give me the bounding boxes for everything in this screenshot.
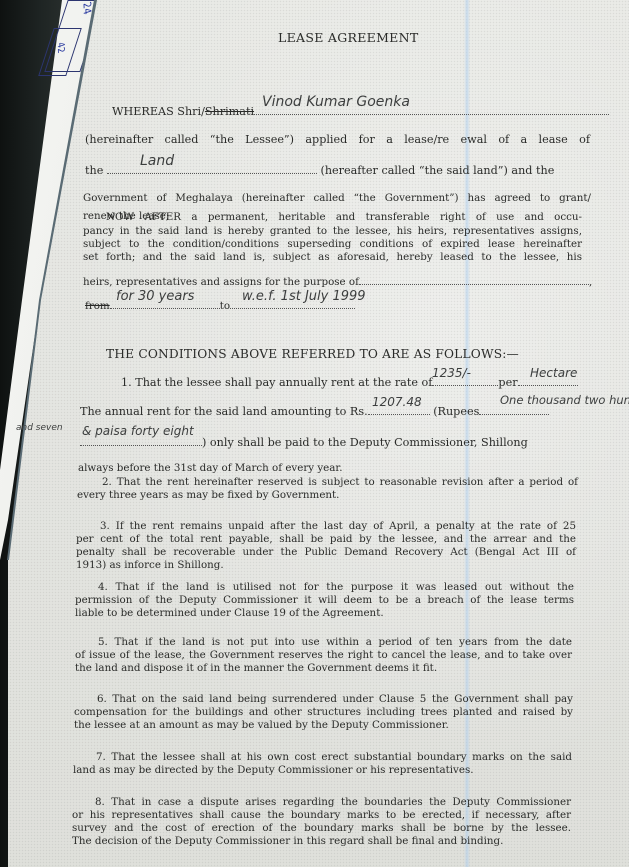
now-after-line-3: subject to the condition/conditions supe… xyxy=(83,239,582,249)
clause-4-line-3: liable to be determined under Clause 19 … xyxy=(75,608,384,618)
clause-2-line-2: every three years as may be fixed by Gov… xyxy=(77,490,339,500)
preamble-line-2: (hereinafter called “the Lessee”) applie… xyxy=(85,134,590,145)
preamble-line-4: Government of Meghalaya (hereinafter cal… xyxy=(83,193,591,203)
clause-5-line-1: 5. That if the land is not put into use … xyxy=(98,637,572,647)
struck-option: Shrimati xyxy=(205,105,254,118)
amount-prefix: The annual rent for the said land amount… xyxy=(80,405,368,418)
start-date-handwritten: w.e.f. 1st July 1999 xyxy=(242,290,366,303)
clause-1-prefix: 1. That the lessee shall pay annually re… xyxy=(121,376,432,389)
from-label: from xyxy=(85,300,110,312)
clause-6-line-3: the lessee at an amount as may be valued… xyxy=(74,720,449,730)
clause-6-line-2: compensation for the buildings and other… xyxy=(74,707,573,717)
clause-1-line-1: 1. That the lessee shall pay annually re… xyxy=(121,376,578,388)
clause-3-line-3: penalty shall be recoverable under the P… xyxy=(76,547,576,557)
clause-1-line-2: The annual rent for the said land amount… xyxy=(80,405,549,417)
now-after-line-4: set forth; and the said land is, subject… xyxy=(83,252,582,262)
clause-4-line-2: permission of the Deputy Commissioner it… xyxy=(75,595,574,605)
purpose-label: heirs, representatives and assigns for t… xyxy=(83,276,359,288)
margin-mark-text: 24 xyxy=(80,1,92,17)
now-after-line-1: NOW AFTER a permanent, heritable and tra… xyxy=(106,212,582,222)
clause-2-line-1: 2. That the rent hereinafter reserved is… xyxy=(102,477,578,487)
to-label: to xyxy=(220,300,230,312)
amount-words-handwritten-2: & paisa forty eight xyxy=(82,425,194,437)
property-field xyxy=(107,164,317,174)
line3-suffix: (hereafter called “the said land”) and t… xyxy=(320,164,554,177)
rate-handwritten: 1235/- xyxy=(432,367,471,379)
clause-1-line-4: always before the 31st day of March of e… xyxy=(78,463,342,473)
clause-8-line-1: 8. That in case a dispute arises regardi… xyxy=(95,797,571,807)
scan-artifact-streak xyxy=(464,0,470,867)
rupees-label: (Rupees xyxy=(433,405,479,418)
per-label: per xyxy=(498,376,517,389)
clause-7-line-2: land as may be directed by the Deputy Co… xyxy=(73,765,474,775)
clause-3-line-2: per cent of the total rent payable, shal… xyxy=(76,534,576,544)
document-title: LEASE AGREEMENT xyxy=(278,32,419,45)
amount-words-handwritten: One thousand two hundred xyxy=(500,395,629,407)
clause-8-line-4: The decision of the Deputy Commissioner … xyxy=(72,836,503,846)
property-handwritten: Land xyxy=(140,154,174,168)
clause-7-line-1: 7. That the lessee shall at his own cost… xyxy=(96,752,572,762)
clause-3-line-4: 1913) as inforce in Shillong. xyxy=(76,560,224,570)
unit-handwritten: Hectare xyxy=(530,367,577,379)
purpose-line: heirs, representatives and assigns for t… xyxy=(83,276,592,287)
lessee-name-handwritten: Vinod Kumar Goenka xyxy=(262,95,410,109)
amount-handwritten: 1207.48 xyxy=(372,396,422,408)
clause-5-line-3: the land and dispose it of in the manner… xyxy=(75,663,437,673)
clause-5-line-2: of issue of the lease, the Government re… xyxy=(75,650,572,660)
payment-text: ) only shall be paid to the Deputy Commi… xyxy=(202,436,528,449)
clause-4-line-1: 4. That if the land is utilised not for … xyxy=(98,582,574,592)
margin-mark-text: 42 xyxy=(55,41,66,55)
clause-3-line-1: 3. If the rent remains unpaid after the … xyxy=(100,521,576,531)
period-handwritten: for 30 years xyxy=(116,290,194,303)
purpose-field xyxy=(359,276,589,285)
conditions-heading: THE CONDITIONS ABOVE REFERRED TO ARE AS … xyxy=(106,348,519,360)
clause-6-line-1: 6. That on the said land being surrender… xyxy=(97,694,573,704)
clause-8-line-2: or his representatives shall cause the b… xyxy=(72,810,571,820)
now-after-line-2: pancy in the said land is hereby granted… xyxy=(83,226,582,236)
whereas-prefix: WHEREAS Shri/ xyxy=(112,105,205,118)
line3-prefix: the xyxy=(85,164,103,177)
clause-8-line-3: survey and the cost of erection of the b… xyxy=(72,823,571,833)
amount-words-margin-handwritten: and seven xyxy=(16,424,63,433)
